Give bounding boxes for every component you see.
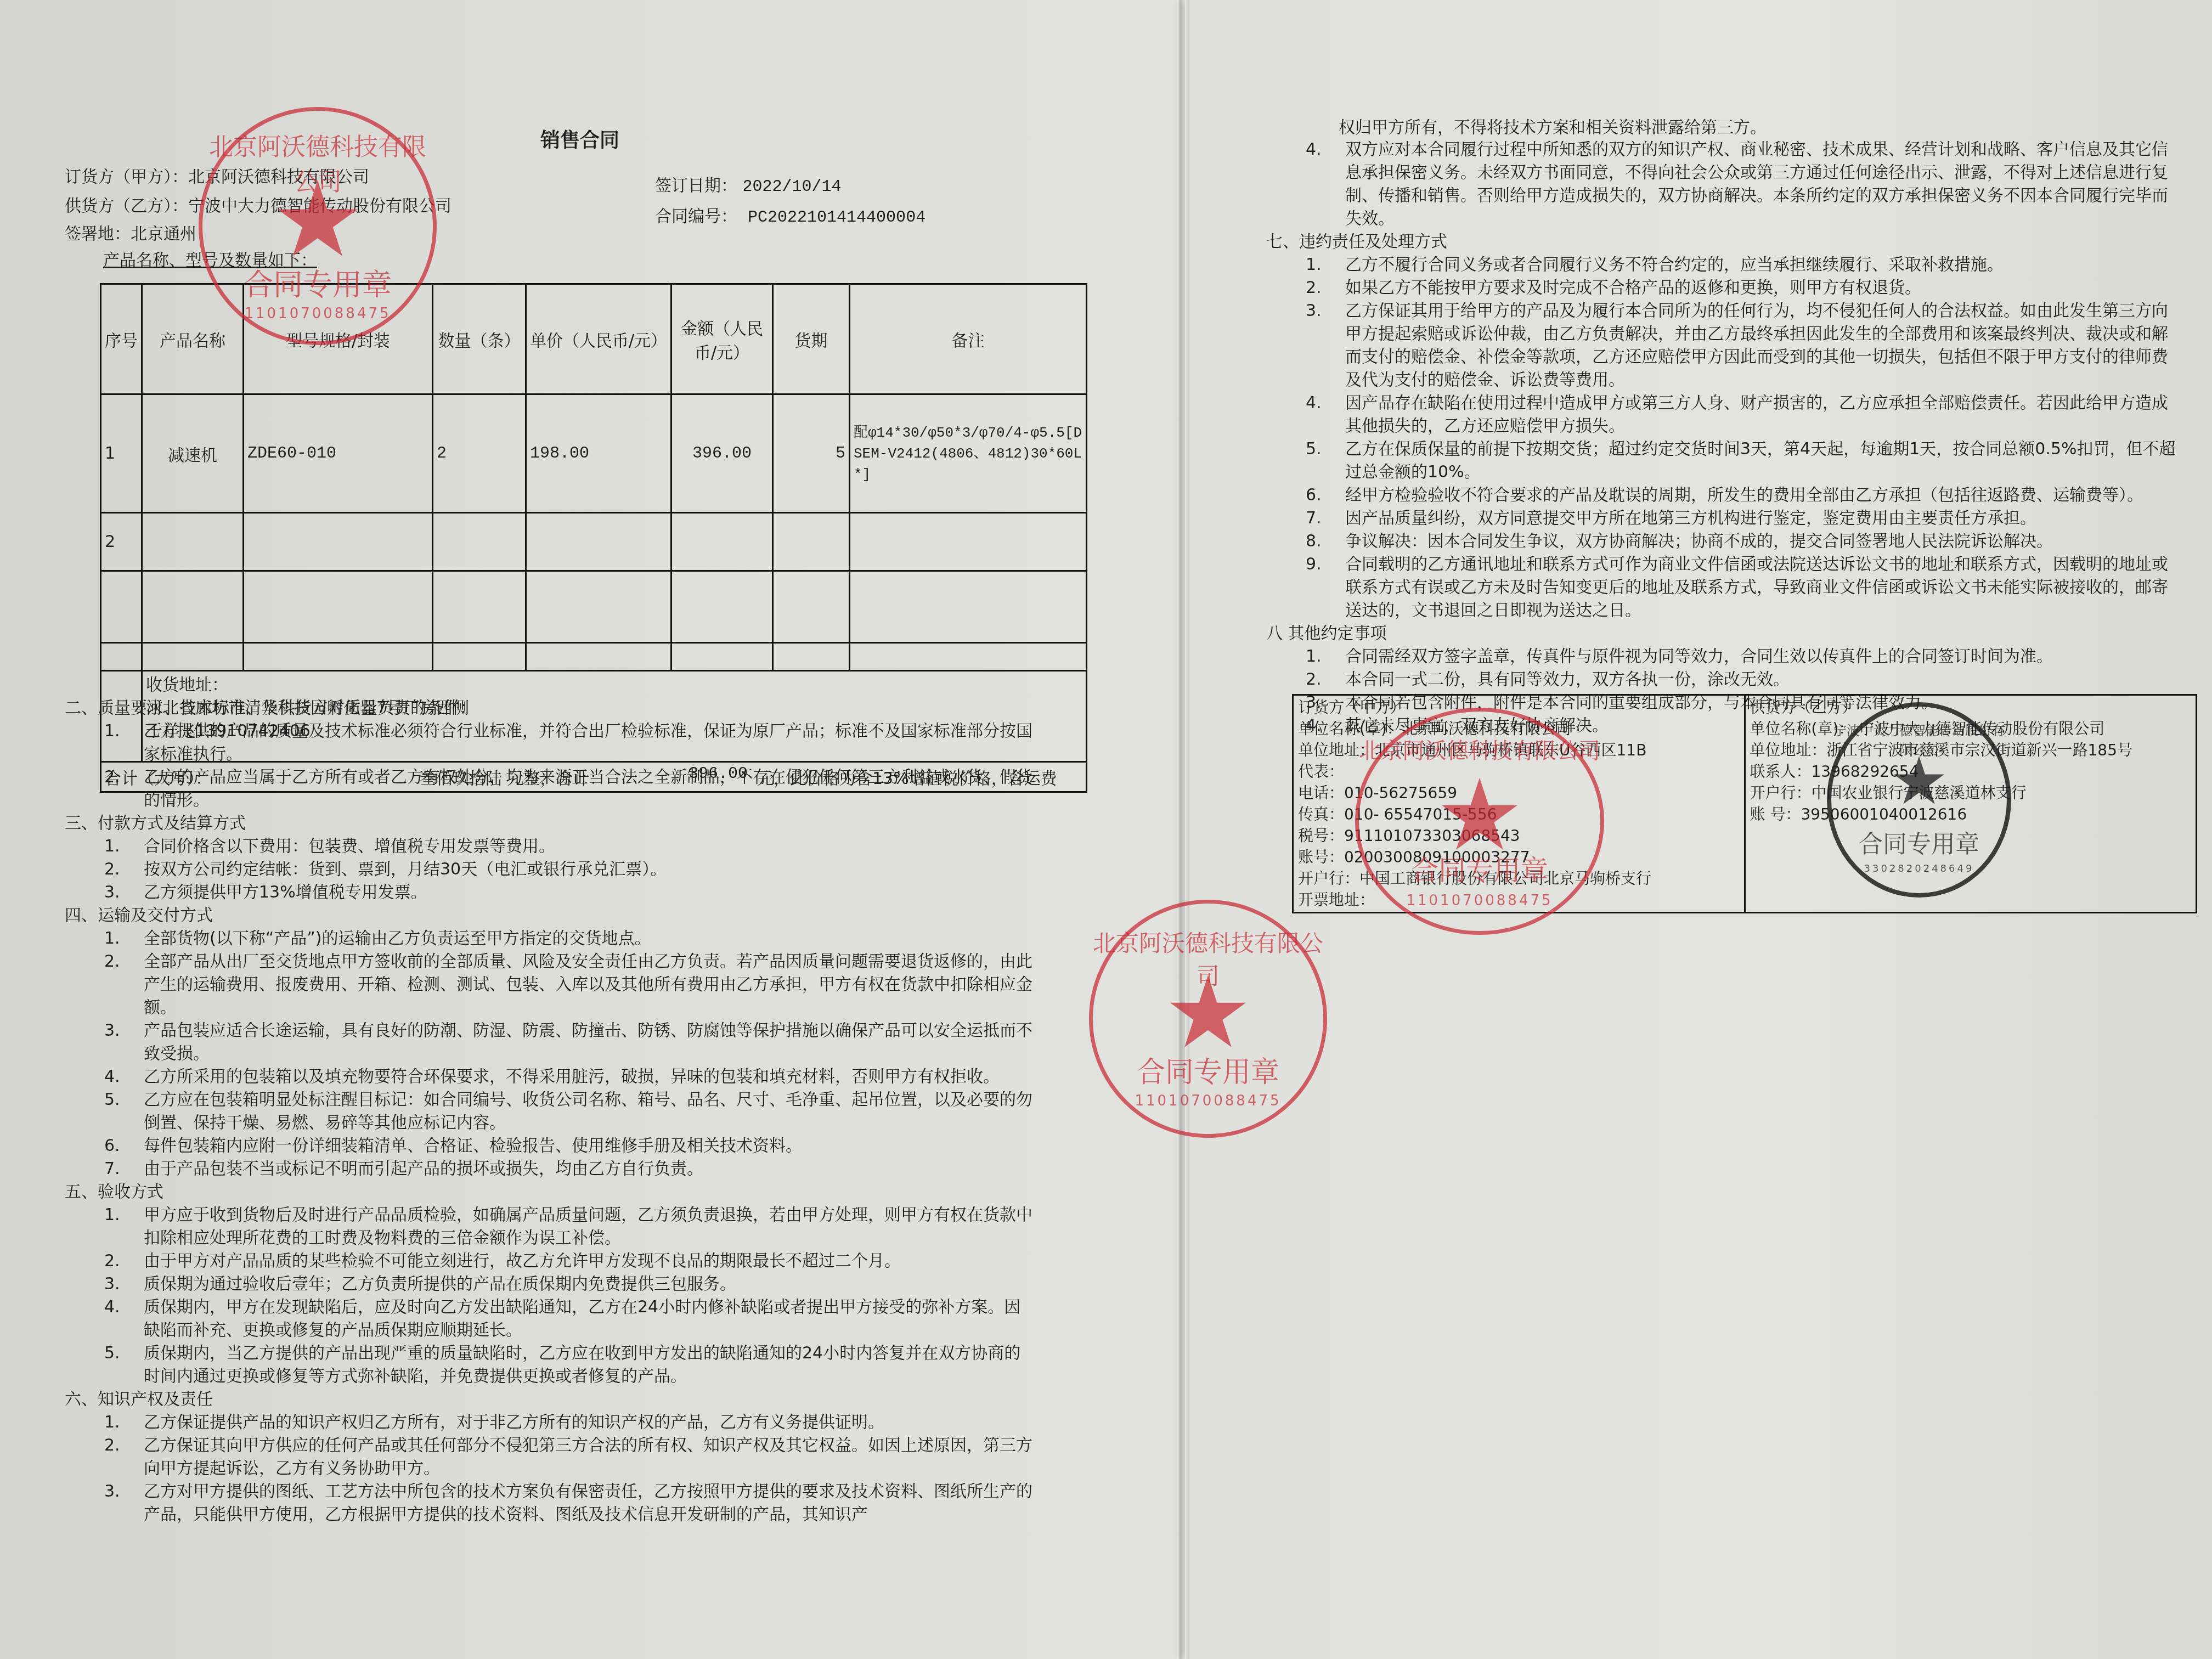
- clause-number: 2.: [1306, 276, 1322, 300]
- clause-number: 1.: [104, 1411, 120, 1434]
- clause-item: 3.乙方对甲方提供的图纸、工艺方法中所包含的技术方案负有保密责任，乙方按照甲方提…: [104, 1480, 1036, 1526]
- clause-item: 6.经甲方检验验收不符合要求的产品及耽误的周期，所发生的费用全部由乙方承担（包括…: [1306, 484, 2177, 507]
- table-row: 2: [101, 513, 1087, 571]
- clause-text: 如果乙方不能按甲方要求及时完成不合格产品的返修和更换，则甲方有权退货。: [1345, 278, 1921, 297]
- place-label: 签署地：: [65, 224, 131, 244]
- clause-number: 7.: [104, 1158, 120, 1181]
- clause-item: 4.乙方所采用的包装箱以及填充物要符合环保要求，不得采用脏污，破损，异味的包装和…: [104, 1065, 1036, 1088]
- clause-text: 乙方须提供甲方13%增值税专用发票。: [144, 883, 427, 902]
- cell-qty: [433, 643, 526, 671]
- cell-unit-price: [526, 643, 672, 671]
- clause-text: 合同需经双方签字盖章，传真件与原件视为同等效力，合同生效以传真件上的合同签订时间…: [1345, 647, 2053, 666]
- cell-amount: [672, 571, 773, 643]
- cell-qty: 2: [433, 394, 526, 513]
- contract-no-label: 合同编号：: [655, 207, 737, 226]
- clause-number: 4.: [1306, 392, 1322, 415]
- clause-number: 1.: [1306, 253, 1322, 276]
- contract-no-line: 合同编号： PC2022101414400004: [655, 204, 926, 230]
- cell-no: [101, 643, 142, 671]
- place-line: 签署地：北京通州: [65, 222, 196, 247]
- clause-number: 2.: [104, 766, 120, 789]
- buyer-line: 订货方（甲方）：北京阿沃德科技有限公司: [65, 165, 369, 190]
- supplier-name: 宁波中大力德智能传动股份有限公司: [188, 196, 452, 216]
- clause-text: 合同价格含以下费用：包装费、增值税专用发票等费用。: [144, 837, 555, 856]
- clause-text: 争议解决：因本合同发生争议，双方协商解决；协商不成的，提交合同签署地人民法院诉讼…: [1345, 532, 2053, 551]
- clause-item: 2.如果乙方不能按甲方要求及时完成不合格产品的返修和更换，则甲方有权退货。: [1306, 276, 2177, 300]
- page-title: 销售合同: [540, 125, 619, 153]
- signature-line: 单位地址：北京市通州区马驹桥镇联东U谷西区11B: [1298, 740, 1740, 761]
- cell-no: [101, 571, 142, 643]
- buyer-signature-lines: 单位名称(章)：北京阿沃德科技有限公司单位地址：北京市通州区马驹桥镇联东U谷西区…: [1298, 718, 1740, 911]
- cell-no: 1: [101, 394, 142, 513]
- cell-name: [142, 513, 244, 571]
- clause-number: 2.: [104, 950, 120, 973]
- clause-text: 乙方应在包装箱明显处标注醒目标记：如合同编号、收货公司名称、箱号、品名、尺寸、毛…: [144, 1090, 1032, 1132]
- section-heading: 七、违约责任及处理方式: [1266, 230, 2177, 253]
- clause-item: 1.乙方提供的产品的质量及技术标准必须符合行业标准，并符合出厂检验标准，保证为原…: [104, 720, 1036, 766]
- supplier-signature-lines: 单位名称(章)： 宁波中大力德智能传动股份有限公司单位地址：浙江省宁波市慈溪市宗…: [1750, 718, 2192, 825]
- section-heading: 六、知识产权及责任: [65, 1388, 1036, 1411]
- signature-line: 税号：911101073303068543: [1298, 825, 1740, 847]
- cell-unit-price: [526, 513, 672, 571]
- clause-item: 2.按双方公司约定结帐：货到、票到，月结30天（电汇或银行承兑汇票）。: [104, 858, 1036, 881]
- clause-text: 本合同一式二份，具有同等效力，双方各执一份，涂改无效。: [1345, 670, 1790, 689]
- products-intro: 产品名称、型号及数量如下：: [103, 248, 317, 273]
- clause-number: 6.: [1306, 484, 1322, 507]
- cell-unit-price: 198.00: [526, 394, 672, 513]
- clause-number: 2.: [1306, 668, 1322, 691]
- clause-number: 4.: [1306, 138, 1322, 161]
- clause-item: 4.质保期内，甲方在发现缺陷后，应及时向乙方发出缺陷通知，乙方在24小时内修补缺…: [104, 1296, 1036, 1342]
- signature-line: 代表：: [1298, 761, 1740, 782]
- cell-lead-time: [773, 571, 850, 643]
- section-heading: 五、验收方式: [65, 1181, 1036, 1204]
- section-heading: 八 其他约定事项: [1266, 622, 2177, 645]
- clause-text: 由于甲方对产品品质的某些检验不可能立刻进行，故乙方允许甲方发现不良品的期限最长不…: [144, 1251, 901, 1271]
- clause-item: 6.每件包装箱内应附一份详细装箱清单、合格证、检验报告、使用维修手册及相关技术资…: [104, 1135, 1036, 1158]
- clause-text: 由于产品包装不当或标记不明而引起产品的损坏或损失，均由乙方自行负责。: [144, 1159, 703, 1178]
- cell-lead-time: 5: [773, 394, 850, 513]
- supplier-signature-heading: 供货方（乙方）: [1750, 697, 2192, 718]
- delivery-address-label: 收货地址：: [146, 674, 1082, 697]
- table-row: [101, 643, 1087, 671]
- cell-model: [244, 643, 433, 671]
- cell-name: 减速机: [142, 394, 244, 513]
- page-fold: [1180, 0, 1189, 1659]
- supplier-line: 供货方（乙方）：宁波中大力德智能传动股份有限公司: [65, 194, 452, 219]
- clause-text: 乙方对甲方提供的图纸、工艺方法中所包含的技术方案负有保密责任，乙方按照甲方提供的…: [144, 1482, 1032, 1524]
- clause-item: 7.因产品质量纠纷，双方同意提交甲方所在地第三方机构进行鉴定，鉴定费用由主要责任…: [1306, 507, 2177, 530]
- clause-item: 2.乙方保证其向甲方供应的任何产品或其任何部分不侵犯第三方合法的所有权、知识产权…: [104, 1434, 1036, 1480]
- signature-line: 电话：010-56275659: [1298, 782, 1740, 804]
- cell-amount: 396.00: [672, 394, 773, 513]
- cell-remark: 配φ14*30/φ50*3/φ70/4-φ5.5[DSEM-V2412(4806…: [850, 394, 1087, 513]
- contract-page-left: 销售合同 订货方（甲方）：北京阿沃德科技有限公司 供货方（乙方）：宁波中大力德智…: [0, 0, 1185, 1659]
- clause-item: 4.因产品存在缺陷在使用过程中造成甲方或第三方人身、财产损害的，乙方应承担全部赔…: [1306, 392, 2177, 438]
- clause-number: 3.: [104, 1273, 120, 1296]
- clause-item: 1.乙方不履行合同义务或者合同履行义务不符合约定的，应当承担继续履行、采取补救措…: [1306, 253, 2177, 276]
- cell-amount: [672, 513, 773, 571]
- clause-text: 乙方所采用的包装箱以及填充物要符合环保要求，不得采用脏污，破损，异味的包装和填充…: [144, 1067, 1000, 1086]
- clause-number: 1.: [104, 1204, 120, 1227]
- clause-text: 质保期为通过验收后壹年；乙方负责所提供的产品在质保期内免费提供三包服务。: [144, 1274, 736, 1294]
- cell-remark: [850, 571, 1087, 643]
- cell-model: [244, 513, 433, 571]
- supplier-label: 供货方（乙方）：: [65, 196, 188, 216]
- signature-line: 传真：010- 65547015-556: [1298, 804, 1740, 825]
- sign-date-line: 签订日期： 2022/10/14: [655, 173, 842, 200]
- clause-number: 5.: [104, 1342, 120, 1365]
- clause-number: 1.: [104, 835, 120, 858]
- clause-number: 5.: [1306, 438, 1322, 461]
- supplier-signature-block: 供货方（乙方） 单位名称(章)： 宁波中大力德智能传动股份有限公司单位地址：浙江…: [1745, 695, 2197, 913]
- clause-text: 产品包装应适合长途运输，具有良好的防潮、防湿、防震、防撞击、防锈、防腐蚀等保护措…: [144, 1021, 1032, 1063]
- cell-name: [142, 571, 244, 643]
- cell-model: ZDE60-010: [244, 394, 433, 513]
- clause-item: 3.产品包装应适合长途运输，具有良好的防潮、防湿、防震、防撞击、防锈、防腐蚀等保…: [104, 1019, 1036, 1065]
- clause-item: 4.双方应对本合同履行过程中所知悉的双方的知识产权、商业秘密、技术成果、经营计划…: [1306, 138, 2177, 230]
- clause-text: 乙方保证其向甲方供应的任何产品或其任何部分不侵犯第三方合法的所有权、知识产权及其…: [144, 1436, 1032, 1478]
- cell-remark: [850, 513, 1087, 571]
- table-row: 1 减速机 ZDE60-010 2 198.00 396.00 5 配φ14*3…: [101, 394, 1087, 513]
- clause-number: 5.: [104, 1088, 120, 1111]
- clause-item: 1.合同需经双方签字盖章，传真件与原件视为同等效力，合同生效以传真件上的合同签订…: [1306, 645, 2177, 668]
- signature-line: 账号：0200300809100003277: [1298, 847, 1740, 868]
- clause-item: 1.全部货物(以下称“产品”)的运输由乙方负责运至甲方指定的交货地点。: [104, 927, 1036, 950]
- clause-text: 双方应对本合同履行过程中所知悉的双方的知识产权、商业秘密、技术成果、经营计划和战…: [1345, 140, 2168, 228]
- clause-number: 2.: [104, 1250, 120, 1273]
- clause-text: 乙方提供的产品的质量及技术标准必须符合行业标准，并符合出厂检验标准，保证为原厂产…: [144, 721, 1032, 764]
- clause-item: 5.乙方在保质保量的前提下按期交货；超过约定交货时间3天，第4天起，每逾期1天，…: [1306, 438, 2177, 484]
- col-no-header: 序号: [101, 284, 142, 394]
- clause-item: 1.合同价格含以下费用：包装费、增值税专用发票等费用。: [104, 835, 1036, 858]
- contract-no-value: PC2022101414400004: [748, 208, 926, 227]
- cell-name: [142, 643, 244, 671]
- clause-text: 因产品存在缺陷在使用过程中造成甲方或第三方人身、财产损害的，乙方应承担全部赔偿责…: [1345, 393, 2168, 436]
- col-qty-header: 数量（条）: [433, 284, 526, 394]
- ip-continuation: 权归甲方所有，不得将技术方案和相关资料泄露给第三方。: [1339, 116, 1767, 139]
- clause-text: 质保期内，当乙方提供的产品出现严重的质量缺陷时，乙方应在收到甲方发出的缺陷通知的…: [144, 1344, 1020, 1386]
- clause-item: 2.由于甲方对产品品质的某些检验不可能立刻进行，故乙方允许甲方发现不良品的期限最…: [104, 1250, 1036, 1273]
- clause-item: 9.合同载明的乙方通讯地址和联系方式可作为商业文件信函或法院送达诉讼文书的地址和…: [1306, 553, 2177, 622]
- clause-text: 乙方不履行合同义务或者合同履行义务不符合约定的，应当承担继续履行、采取补救措施。: [1345, 255, 2004, 274]
- cell-qty: [433, 513, 526, 571]
- cell-qty: [433, 571, 526, 643]
- clause-text: 乙方在保质保量的前提下按期交货；超过约定交货时间3天，第4天起，每逾期1天，按合…: [1345, 439, 2175, 482]
- cell-lead-time: [773, 513, 850, 571]
- clause-number: 4.: [104, 1296, 120, 1319]
- clause-number: 2.: [104, 1434, 120, 1457]
- col-unit-price-header: 单价（人民币/元）: [526, 284, 672, 394]
- clause-number: 3.: [104, 881, 120, 904]
- clause-text: 合同载明的乙方通讯地址和联系方式可作为商业文件信函或法院送达诉讼文书的地址和联系…: [1345, 555, 2168, 620]
- clause-text: 乙方保证其用于给甲方的产品及为履行本合同所为的任何行为，均不侵犯任何人的合法权益…: [1345, 301, 2168, 390]
- buyer-signature-heading: 订货方（甲方）: [1298, 697, 1740, 718]
- contract-clauses-right: 4.双方应对本合同履行过程中所知悉的双方的知识产权、商业秘密、技术成果、经营计划…: [1266, 138, 2177, 737]
- cell-amount: [672, 643, 773, 671]
- clause-text: 按双方公司约定结帐：货到、票到，月结30天（电汇或银行承兑汇票）。: [144, 860, 667, 879]
- clause-text: 乙方保证提供产品的知识产权归乙方所有，对于非乙方所有的知识产权的产品，乙方有义务…: [144, 1413, 884, 1432]
- sign-date-value: 2022/10/14: [743, 178, 842, 196]
- signature-line: 单位名称(章)：北京阿沃德科技有限公司: [1298, 718, 1740, 740]
- signature-line: 开户行：中国农业银行宁波慈溪道林支行: [1750, 782, 2192, 804]
- clause-number: 7.: [1306, 507, 1322, 530]
- clause-text: 每件包装箱内应附一份详细装箱清单、合格证、检验报告、使用维修手册及相关技术资料。: [144, 1136, 802, 1155]
- col-name-header: 产品名称: [142, 284, 244, 394]
- col-remark-header: 备注: [850, 284, 1087, 394]
- clause-number: 8.: [1306, 530, 1322, 553]
- section-heading: 二、质量要求、技术标准、及供货方对质量负责的条件：: [65, 697, 1036, 720]
- clause-number: 2.: [104, 858, 120, 881]
- clause-number: 4.: [104, 1065, 120, 1088]
- buyer-name: 北京阿沃德科技有限公司: [188, 167, 369, 187]
- signature-line: 联系人：13968292654: [1750, 761, 2192, 782]
- table-row: [101, 571, 1087, 643]
- clause-text: 质保期内，甲方在发现缺陷后，应及时向乙方发出缺陷通知，乙方在24小时内修补缺陷或…: [144, 1297, 1020, 1340]
- clause-number: 9.: [1306, 553, 1322, 576]
- signature-line: 单位地址：浙江省宁波市慈溪市宗汉街道新兴一路185号: [1750, 740, 2192, 761]
- signature-line: 开票地址：: [1298, 889, 1740, 911]
- col-lead-time-header: 货期: [773, 284, 850, 394]
- cell-model: [244, 571, 433, 643]
- clause-number: 1.: [104, 927, 120, 950]
- cell-no: 2: [101, 513, 142, 571]
- buyer-signature-block: 订货方（甲方） 单位名称(章)：北京阿沃德科技有限公司单位地址：北京市通州区马驹…: [1293, 695, 1745, 913]
- clause-item: 2.本合同一式二份，具有同等效力，双方各执一份，涂改无效。: [1306, 668, 2177, 691]
- clause-number: 3.: [1306, 300, 1322, 323]
- section-heading: 四、运输及交付方式: [65, 904, 1036, 927]
- clause-number: 1.: [104, 720, 120, 743]
- clause-item: 8.争议解决：因本合同发生争议，双方协商解决；协商不成的，提交合同签署地人民法院…: [1306, 530, 2177, 553]
- signature-line: 开户行：中国工商银行股份有限公司北京马驹桥支行: [1298, 868, 1740, 889]
- clause-item: 3.乙方保证其用于给甲方的产品及为履行本合同所为的任何行为，均不侵犯任何人的合法…: [1306, 300, 2177, 392]
- clause-text: 全部产品从出厂至交货地点甲方签收前的全部质量、风险及安全责任由乙方负责。若产品因…: [144, 952, 1032, 1017]
- clause-item: 5.质保期内，当乙方提供的产品出现严重的质量缺陷时，乙方应在收到甲方发出的缺陷通…: [104, 1342, 1036, 1388]
- clause-text: 甲方应于收到货物后及时进行产品品质检验，如确属产品质量问题，乙方须负责退换，若由…: [144, 1205, 1032, 1248]
- clause-item: 3.乙方须提供甲方13%增值税专用发票。: [104, 881, 1036, 904]
- clause-item: 2.乙方的产品应当属于乙方所有或者乙方有权处分，均为来源正当合法之全新制品，不存…: [104, 766, 1036, 812]
- clause-number: 3.: [104, 1019, 120, 1042]
- clause-number: 3.: [104, 1480, 120, 1503]
- cell-lead-time: [773, 643, 850, 671]
- clause-item: 1.甲方应于收到货物后及时进行产品品质检验，如确属产品质量问题，乙方须负责退换，…: [104, 1204, 1036, 1250]
- signature-table: 订货方（甲方） 单位名称(章)：北京阿沃德科技有限公司单位地址：北京市通州区马驹…: [1292, 694, 2197, 913]
- clause-text: 乙方的产品应当属于乙方所有或者乙方有权处分，均为来源正当合法之全新制品，不存在侵…: [144, 768, 1032, 810]
- col-model-header: 型号规格/封装: [244, 284, 433, 394]
- clause-item: 1.乙方保证提供产品的知识产权归乙方所有，对于非乙方所有的知识产权的产品，乙方有…: [104, 1411, 1036, 1434]
- cell-unit-price: [526, 571, 672, 643]
- clause-text: 因产品质量纠纷，双方同意提交甲方所在地第三方机构进行鉴定，鉴定费用由主要责任方承…: [1345, 509, 2036, 528]
- clause-number: 1.: [1306, 645, 1322, 668]
- sign-date-label: 签订日期：: [655, 176, 737, 195]
- clause-item: 7.由于产品包装不当或标记不明而引起产品的损坏或损失，均由乙方自行负责。: [104, 1158, 1036, 1181]
- signature-line: 账 号：39506001040012616: [1750, 804, 2192, 825]
- clause-number: 6.: [104, 1135, 120, 1158]
- clause-text: 全部货物(以下称“产品”)的运输由乙方负责运至甲方指定的交货地点。: [144, 929, 651, 948]
- table-header-row: 序号 产品名称 型号规格/封装 数量（条） 单价（人民币/元） 金额（人民币/元…: [101, 284, 1087, 394]
- section-heading: 三、付款方式及结算方式: [65, 812, 1036, 835]
- clause-item: 5.乙方应在包装箱明显处标注醒目标记：如合同编号、收货公司名称、箱号、品名、尺寸…: [104, 1088, 1036, 1135]
- clause-item: 3.质保期为通过验收后壹年；乙方负责所提供的产品在质保期内免费提供三包服务。: [104, 1273, 1036, 1296]
- place-value: 北京通州: [131, 224, 196, 244]
- cell-remark: [850, 643, 1087, 671]
- clause-item: 2.全部产品从出厂至交货地点甲方签收前的全部质量、风险及安全责任由乙方负责。若产…: [104, 950, 1036, 1019]
- contract-clauses-left: 二、质量要求、技术标准、及供货方对质量负责的条件：1.乙方提供的产品的质量及技术…: [65, 697, 1036, 1526]
- buyer-label: 订货方（甲方）：: [65, 167, 188, 187]
- col-amount-header: 金额（人民币/元）: [672, 284, 773, 394]
- clause-text: 经甲方检验验收不符合要求的产品及耽误的周期，所发生的费用全部由乙方承担（包括往返…: [1345, 486, 2143, 505]
- signature-line: 单位名称(章)： 宁波中大力德智能传动股份有限公司: [1750, 718, 2192, 740]
